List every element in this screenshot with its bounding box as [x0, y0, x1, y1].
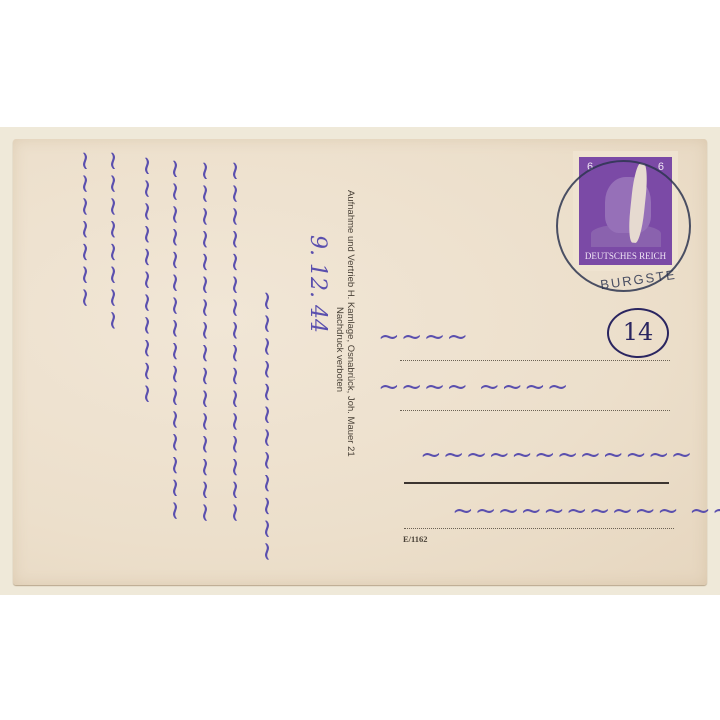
address-line: ~~~~ ~~~~ — [378, 372, 570, 402]
address-rule — [400, 360, 670, 361]
message-line: ~~~~~~~~~~~~~~~~ — [220, 160, 250, 525]
message-line: ~~~~~~~~~~~~ — [252, 290, 282, 563]
print-code: E/1162 — [403, 534, 428, 544]
address-rule-solid — [404, 482, 669, 484]
address-line: ~~~~~~~~~~~~ — [420, 440, 693, 470]
address-line: ~~~~ — [378, 322, 469, 352]
message-line: ~~~~~~~~~~~ — [132, 155, 162, 406]
publisher-credit: Aufnahme und Vertrieb H. Kamlage, Osnabr… — [340, 190, 370, 550]
address-rule — [400, 410, 670, 411]
message-line: ~~~~~~~~~~~~~~~~ — [160, 158, 190, 523]
message-line: ~~~~~~~ — [70, 150, 100, 310]
handwritten-date: 9. 12. 44 — [305, 235, 330, 333]
message-line: ~~~~~~~~ — [98, 150, 128, 332]
address-line: ~~~~~~~~~~ ~~. 9 — [452, 496, 720, 526]
address-rule — [404, 528, 674, 529]
circled-number: 14 — [607, 308, 669, 358]
reprint-notice: Nachdruck verboten — [334, 307, 345, 392]
message-line: ~~~~~~~~~~~~~~~~ — [190, 160, 220, 525]
publisher-credit-line: Aufnahme und Vertrieb H. Kamlage, Osnabr… — [345, 190, 356, 457]
